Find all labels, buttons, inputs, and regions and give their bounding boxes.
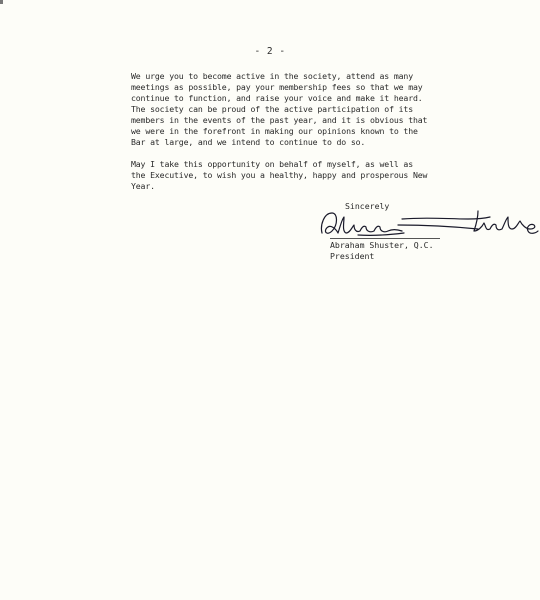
signer-name: Abraham Shuster, Q.C. bbox=[330, 240, 434, 251]
page-number: - 2 - bbox=[0, 46, 540, 57]
handwritten-signature bbox=[318, 203, 540, 243]
signature-line bbox=[330, 238, 440, 239]
paragraph-1: We urge you to become active in the soci… bbox=[131, 71, 531, 148]
paragraph-2: May I take this opportunity on behalf of… bbox=[131, 159, 531, 192]
signer-title: President bbox=[330, 251, 434, 262]
signature-block: Abraham Shuster, Q.C. President bbox=[330, 240, 434, 262]
scan-corner-mark bbox=[0, 0, 3, 4]
letter-body: We urge you to become active in the soci… bbox=[131, 71, 531, 203]
